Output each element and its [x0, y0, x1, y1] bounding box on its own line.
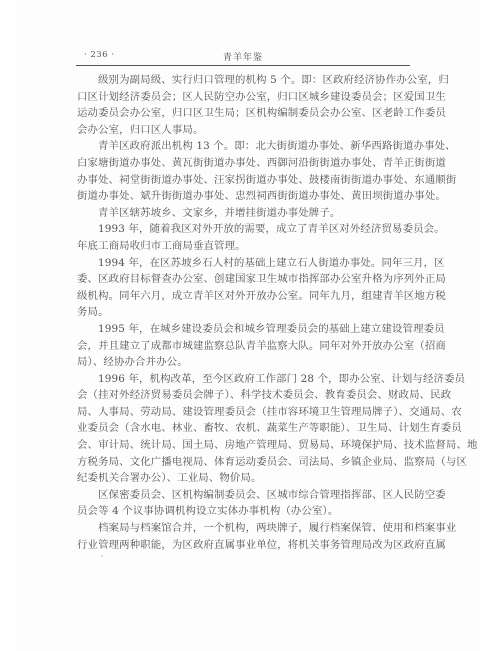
paragraph: 青羊区辖苏坡乡、文家乡，并增挂街道办事处牌子。 [77, 205, 411, 222]
text-line: 委、区政府目标督查办公室、创建国家卫生城市指挥部办公室升格为序列外正局 [77, 271, 411, 288]
text-line: 务局。 [77, 304, 411, 321]
paragraph: 1995 年，在城乡建设委员会和城乡管理委员会的基础上建立建设管理委员 会，并且… [77, 321, 411, 371]
text-line: 会办公室，归口区人事局。 [77, 122, 411, 139]
text-line: 局）、经协办合并办公。 [77, 354, 411, 371]
text-line: 级机构。同年六月，成立青羊区对外开放办公室。同年九月，组建青羊区地方税 [77, 288, 411, 305]
text-line: 业委员会（含水电、林业、畜牧、农机、蔬菜生产等职能）、卫生局、计划生育委员 [77, 420, 411, 437]
text-line: 运动委员会办公室，归口区卫生局；区机构编制委员会办公室、区老龄工作委员 [77, 105, 411, 122]
page-header: · 236 · 青羊年鉴 [76, 50, 410, 64]
paragraph: 区保密委员会、区机构编制委员会、区城市综合管理指挥部、区人民防空委 员会等 4 … [77, 487, 411, 520]
running-title: 青羊年鉴 [76, 50, 410, 63]
text-line: 局、人事局、劳动局、建设管理委员会（挂市容环境卫生管理局牌子）、交通局、农 [77, 404, 411, 421]
text-line: 档案局与档案馆合并，一个机构，两块牌子，履行档案保管、使用和档案事业 [77, 520, 411, 537]
paragraph: 1993 年，随着我区对外开放的需要，成立了青羊区对外经济贸易委员会。 年底工商… [77, 221, 411, 254]
paragraph: 1996 年，机构改革，至今区政府工作部门 28 个，即办公室、计划与经济委员 … [77, 371, 411, 487]
body-text: 级别为副局级、实行归口管理的机构 5 个。即：区政府经济协作办公室，归 口区计划… [77, 72, 411, 553]
paragraph: 级别为副局级、实行归口管理的机构 5 个。即：区政府经济协作办公室，归 口区计划… [77, 72, 411, 138]
text-line: 方税务局、文化广播电视局、体育运动委员会、司法局、乡镇企业局、监察局（与区 [77, 454, 411, 471]
text-line: 1993 年，随着我区对外开放的需要，成立了青羊区对外经济贸易委员会。 [77, 221, 411, 238]
scan-speck [449, 463, 451, 465]
text-line: 纪委机关合署办公）、工业局、物价局。 [77, 470, 411, 487]
text-line: 街道办事处、斌升街街道办事处、忠烈祠西街街道办事处、黄田坝街道办事处。 [77, 188, 411, 205]
paragraph: 档案局与档案馆合并，一个机构，两块牌子，履行档案保管、使用和档案事业 行业管理两… [77, 520, 411, 553]
text-line: 会，并且建立了成都市城建监察总队青羊监察大队。同年对外开放办公室（招商 [77, 338, 411, 355]
paragraph: 青羊区政府派出机构 13 个。即：北大街街道办事处、新华西路街道办事处、 白家塘… [77, 138, 411, 204]
text-line: 会、审计局、统计局、国土局、房地产管理局、贸易局、环境保护局、技术监督局、地 [77, 437, 411, 454]
text-line: 1994 年，在区苏坡乡石人村的基础上建立石人街道办事处。同年三月，区 [77, 255, 411, 272]
text-line: 1996 年，机构改革，至今区政府工作部门 28 个，即办公室、计划与经济委员 [77, 371, 411, 388]
text-line: 员会等 4 个议事协调机构设立实体办事机构（办公室）。 [77, 503, 411, 520]
text-line: 1995 年，在城乡建设委员会和城乡管理委员会的基础上建立建设管理委员 [77, 321, 411, 338]
text-line: 区保密委员会、区机构编制委员会、区城市综合管理指挥部、区人民防空委 [77, 487, 411, 504]
text-line: 会（挂对外经济贸易委员会牌子）、科学技术委员会、教育委员会、财政局、民政 [77, 387, 411, 404]
text-line: 青羊区辖苏坡乡、文家乡，并增挂街道办事处牌子。 [77, 205, 411, 222]
text-line: 行业管理两种职能，为区政府直属事业单位，将机关事务管理局改为区政府直属 [77, 537, 411, 554]
text-line: 年底工商局收归市工商局垂直管理。 [77, 238, 411, 255]
text-line: 青羊区政府派出机构 13 个。即：北大街街道办事处、新华西路街道办事处、 [77, 138, 411, 155]
text-line: 白家塘街道办事处、黄瓦街街道办事处、西御河沿街街道办事处、青羊正街街道 [77, 155, 411, 172]
text-line: 口区计划经济委员会；区人民防空办公室，归口区城乡建设委员会；区爱国卫生 [77, 89, 411, 106]
scan-speck [101, 555, 103, 557]
text-line: 办事处、祠堂街街道办事处、汪家拐街道办事处、鼓楼南街街道办事处、东通顺街 [77, 172, 411, 189]
paragraph: 1994 年，在区苏坡乡石人村的基础上建立石人街道办事处。同年三月，区 委、区政… [77, 255, 411, 321]
text-line: 级别为副局级、实行归口管理的机构 5 个。即：区政府经济协作办公室，归 [77, 72, 411, 89]
header-rule [76, 65, 410, 66]
